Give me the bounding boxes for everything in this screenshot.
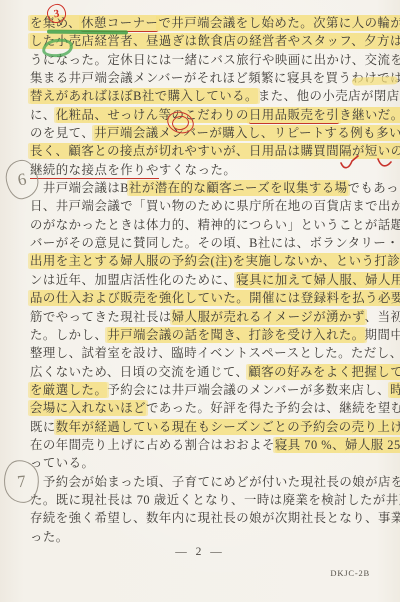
text-segment: 期間中は店舗 2 階の売場を bbox=[365, 327, 400, 343]
text-segment: 社が潜在的な顧客ニーズを収集する場 bbox=[129, 180, 348, 196]
text-segment: 時間によっては顧客が bbox=[390, 382, 400, 398]
text-segment: 集まる井戸端会議メンバーがそれほど頻繁に寝具を買うわけではないが、 bbox=[30, 70, 400, 86]
text-segment: 会場に入れないほど bbox=[30, 400, 146, 416]
text-line: に、化粧品、せっけん等のこだわりの日用品販売を引き継いだ。これらが店内にある bbox=[30, 106, 386, 124]
green-marker-underline-icon bbox=[47, 30, 128, 35]
text-segment: き継いだ。 bbox=[339, 107, 400, 123]
text-segment: 井戸端会議メンバーが購入し、リピートする例も多い。寝具は購買間隔が bbox=[94, 125, 400, 141]
text-line: た。しかし、井戸端会議の話を聞き、打診を受け入れた。期間中は店舗 2 階の売場を bbox=[30, 326, 386, 344]
text-line: 会場に入れないほどであった。好評を得た予約会は、継続を望む声があり、開始から bbox=[30, 399, 386, 417]
text-line: 替えがあればほぼB社で購入している。また、他の小売店が閉店した 2000 年代以… bbox=[30, 87, 386, 105]
text-segment: 数年が経過している現在もシーズンごとの予約会の売り上げは落ち bbox=[56, 419, 400, 435]
text-line: った。 bbox=[30, 528, 386, 546]
text-segment: った。 bbox=[30, 529, 69, 545]
text-line: 予約会が始まった頃、子育てにめどが付いた現社長の娘が店を手伝うようになっ bbox=[30, 473, 386, 491]
page-number: — 2 — bbox=[0, 546, 400, 558]
text-segment: た。既に現社長は 70 歳近くとなり、一時は廃業を検討したが井戸端会議メンバーが bbox=[30, 492, 400, 508]
text-segment: 予約会には井戸端会議のメンバーが多数来店し、 bbox=[107, 382, 390, 398]
text-segment: を厳選した。 bbox=[30, 382, 107, 398]
text-line: 筋でやってきた現社長は婦人服が売れるイメージが湧かず、当初は断る予定であっ bbox=[30, 308, 386, 326]
text-line: のを見て、井戸端会議メンバーが購入し、リピートする例も多い。寝具は購買間隔が bbox=[30, 124, 386, 142]
text-segment: 広くないため、日頃の交流を通じて、 bbox=[30, 364, 248, 380]
text-line: 継続的な接点を作りやすくなった。 bbox=[30, 161, 386, 179]
scanned-document-page: を集め、休憩コーナーで井戸端会議をし始めた。次第に人の輪が広がり、午前は引退した… bbox=[0, 0, 400, 602]
text-segment: 日用品販売を引 bbox=[249, 107, 339, 124]
text-line: した小売店経営者、昼過ぎは飲食店の経営者やスタッフ、夕方は工場関係者が集うよ bbox=[30, 32, 386, 50]
text-segment: 整理し、試着室を設け、臨時イベントスペースとした。ただし、スペースはそれほど bbox=[30, 345, 400, 361]
text-segment: 予約会が始まった頃、子育てにめどが付いた現社長の娘が店を手伝うようになっ bbox=[30, 474, 400, 490]
text-segment: た。しかし、 bbox=[30, 327, 107, 343]
text-segment: 在の年間売り上げに占める割合はおおよそ bbox=[30, 437, 275, 453]
text-segment: 日、井戸端会議で「買い物のために県庁所在地の百貨店まで出かけたのに、欲しいも bbox=[30, 198, 400, 214]
text-segment: のがなかったときは体力的、精神的につらい」ということが話題になり、多くのメン bbox=[30, 217, 400, 233]
text-line: 長く、顧客との接点が切れやすいが、日用品は購買間隔が短いので、B社が顧客との bbox=[30, 142, 386, 160]
text-segment: 寝具 70 %、婦人服 25 %、日用品 5 % bbox=[275, 437, 400, 453]
text-segment: 出用を主とする婦人服の予約会(注)を実施しないか、という打診があった。 bbox=[30, 253, 400, 269]
text-line: た。既に現社長は 70 歳近くとなり、一時は廃業を検討したが井戸端会議メンバーが bbox=[30, 491, 386, 509]
text-segment: に、 bbox=[30, 107, 56, 123]
text-line: っている。 bbox=[30, 454, 386, 472]
text-line: 出用を主とする婦人服の予約会(注)を実施しないか、という打診があった。同チェー bbox=[30, 252, 386, 270]
text-line: 在の年間売り上げに占める割合はおおよそ寝具 70 %、婦人服 25 %、日用品 … bbox=[30, 436, 386, 454]
red-check-mark-icon bbox=[338, 155, 394, 175]
text-line: 存続を強く希望し、数年内に現社長の娘が次期社長となり、事業を継承することにな bbox=[30, 509, 386, 527]
text-segment: うになった。定休日には一緒にバス旅行や映画に出かけ、交流を深めた。当然、日々 bbox=[30, 52, 400, 68]
text-segment: ンは近年、加盟店活性化のために、 bbox=[30, 272, 236, 288]
text-segment: バーがその意見に賛同した。その頃、B社には、ボランタリー・チェーン本部から bbox=[30, 235, 400, 251]
text-segment: 井戸端会議はB bbox=[30, 180, 129, 196]
text-segment: でもあった。2010 年のある bbox=[348, 180, 400, 196]
text-line: 既に数年が経過している現在もシーズンごとの予約会の売り上げは落ちずにいる。現 bbox=[30, 418, 386, 436]
text-segment: 存続を強く希望し、数年内に現社長の娘が次期社長となり、事業を継承することにな bbox=[30, 510, 400, 526]
text-line: 集まる井戸端会議メンバーがそれほど頻繁に寝具を買うわけではないが、寝具の買い bbox=[30, 69, 386, 87]
text-segment: 既に bbox=[30, 419, 56, 435]
text-line: 広くないため、日頃の交流を通じて、顧客の好みをよく把握している副社長が品揃え bbox=[30, 363, 386, 381]
text-line: 井戸端会議はB社が潜在的な顧客ニーズを収集する場でもあった。2010 年のある bbox=[30, 179, 386, 197]
text-segment: 婦人服が売れるイメージが湧かず bbox=[172, 309, 365, 325]
highlight-swipe-tail-icon bbox=[352, 76, 398, 86]
text-line: 整理し、試着室を設け、臨時イベントスペースとした。ただし、スペースはそれほど bbox=[30, 344, 386, 362]
text-segment: 井戸端会議の話を聞き、打診を受け入れた。 bbox=[107, 327, 364, 343]
text-line: のがなかったときは体力的、精神的につらい」ということが話題になり、多くのメン bbox=[30, 216, 386, 234]
text-line: 日、井戸端会議で「買い物のために県庁所在地の百貨店まで出かけたのに、欲しいも bbox=[30, 197, 386, 215]
text-segment: であった。好評を得た予約会は、継続を望む声があり、開始から bbox=[146, 400, 400, 416]
text-segment: 替えがあればほぼB社で購入している。 bbox=[30, 88, 258, 104]
text-segment: のを見て、 bbox=[30, 125, 94, 141]
body-text: を集め、休憩コーナーで井戸端会議をし始めた。次第に人の輪が広がり、午前は引退した… bbox=[30, 14, 386, 546]
text-segment: 品の仕入および販売を強化していた。開催には登録料を払う必要があり bbox=[30, 290, 400, 306]
text-line: ンは近年、加盟店活性化のために、寝具に加えて婦人服、婦人用ハンドバッグ、宝飾 bbox=[30, 271, 386, 289]
text-segment: 筋でやってきた現社長は bbox=[30, 309, 172, 325]
text-line: うになった。定休日には一緒にバス旅行や映画に出かけ、交流を深めた。当然、日々 bbox=[30, 51, 386, 69]
text-segment: した小売店経営者、昼過ぎは飲食店の経営者やスタッフ、夕方は工場関係者が集うよ bbox=[30, 33, 400, 49]
text-segment: すくなった。 bbox=[159, 162, 236, 178]
text-segment: 化粧品、せっけん等のこだわりの bbox=[56, 107, 249, 123]
document-code: DKJC-2B bbox=[330, 568, 370, 578]
text-segment: っている。 bbox=[30, 455, 94, 471]
text-segment: 、当初は断る予定であっ bbox=[365, 309, 400, 325]
text-line: バーがその意見に賛同した。その頃、B社には、ボランタリー・チェーン本部から外 bbox=[30, 234, 386, 252]
text-segment: また、他の小売店が閉店した 2000 年代以降 bbox=[258, 88, 400, 104]
text-segment: で井戸端会議をし始めた。次第に人の輪が広がり、午前は引退 bbox=[158, 15, 400, 31]
text-segment: 顧客の好みをよく把握している副社長が品揃え bbox=[248, 364, 400, 380]
text-segment: 寝具に加えて婦人服、婦人用ハンドバッグ、宝飾 bbox=[236, 272, 400, 288]
text-segment: 継続的な接点を作りや bbox=[30, 162, 159, 179]
text-line: を厳選した。予約会には井戸端会議のメンバーが多数来店し、時間によっては顧客が bbox=[30, 381, 386, 399]
text-line: 品の仕入および販売を強化していた。開催には登録料を払う必要があり、長年寝具一 bbox=[30, 289, 386, 307]
